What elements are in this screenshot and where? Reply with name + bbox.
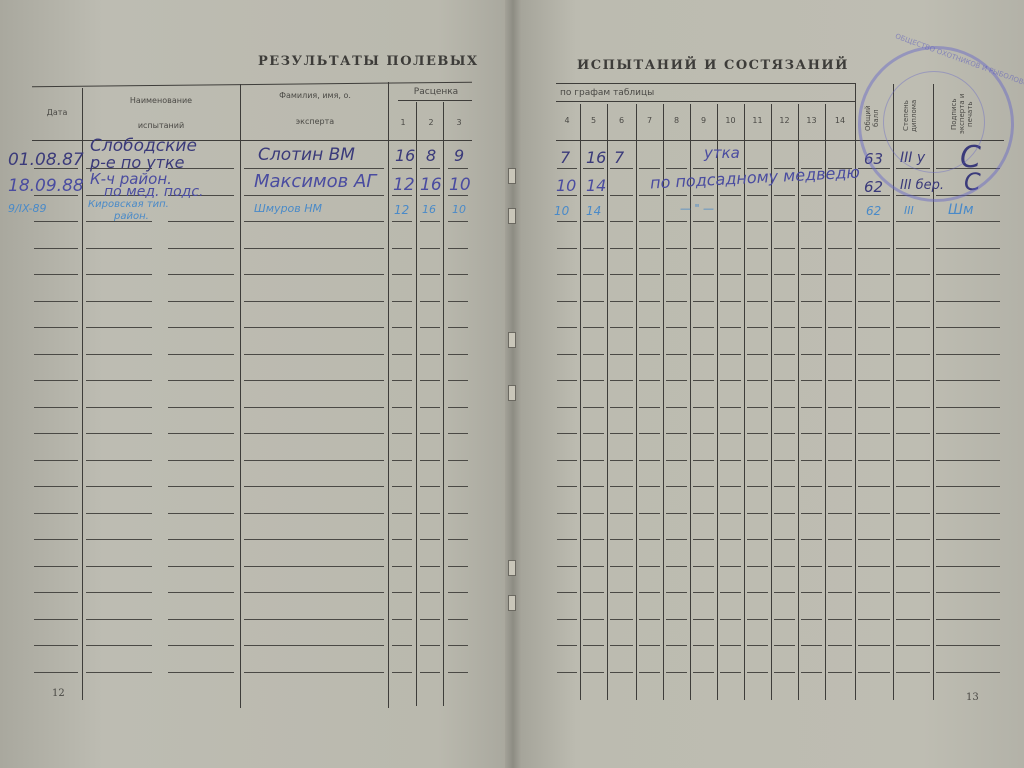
row-rule [747, 672, 768, 673]
row-rule [34, 672, 78, 673]
entry-2-c3: 10 [449, 175, 471, 195]
row-rule [448, 380, 468, 381]
row-rule [858, 513, 890, 514]
row-rule [639, 248, 660, 249]
row-rule [858, 619, 890, 620]
row-rule [720, 619, 741, 620]
row-rule [639, 327, 660, 328]
row-rule [828, 221, 852, 222]
row-rule [557, 433, 577, 434]
row-rule [720, 592, 741, 593]
row-rule [168, 619, 234, 620]
row-rule [936, 486, 1000, 487]
row-rule [392, 354, 412, 355]
row-rule [34, 407, 78, 408]
row-rule [828, 645, 852, 646]
row-rule [747, 486, 768, 487]
official-stamp: ОБЩЕСТВО ОХОТНИКОВ И РЫБОЛОВОВ [858, 46, 1014, 202]
row-rule [244, 301, 384, 302]
row-rule [693, 672, 714, 673]
row-rule [828, 566, 852, 567]
row-rule [34, 592, 78, 593]
entry-3-expert: Шмуров НМ [254, 202, 322, 215]
header-col-13: 13 [798, 116, 825, 125]
row-rule [168, 672, 234, 673]
row-rule [420, 433, 440, 434]
row-rule [936, 592, 1000, 593]
row-rule [34, 539, 78, 540]
row-rule [244, 539, 384, 540]
row-rule [693, 301, 714, 302]
row-rule [610, 566, 633, 567]
row-rule [34, 566, 78, 567]
entry-1-expert: Слотин ВМ [258, 145, 355, 165]
row-rule [747, 433, 768, 434]
header-col-9: 9 [690, 116, 717, 125]
row-rule [168, 301, 234, 302]
row-rule [392, 619, 412, 620]
row-rule [720, 513, 741, 514]
entry-1-c2: 8 [426, 146, 436, 165]
row-rule [828, 380, 852, 381]
header-col-1: 1 [390, 118, 416, 127]
row-rule [420, 301, 440, 302]
row-rule [774, 195, 795, 196]
row-rule [693, 592, 714, 593]
row-rule [747, 460, 768, 461]
row-rule [936, 672, 1000, 673]
row-rule [720, 274, 741, 275]
row-rule [639, 301, 660, 302]
row-rule [244, 380, 384, 381]
row-rule [448, 460, 468, 461]
row-rule [448, 327, 468, 328]
entry-3-c1: 12 [394, 203, 409, 217]
row-rule [747, 248, 768, 249]
row-rule [801, 433, 822, 434]
row-rule [936, 645, 1000, 646]
row-rule [801, 672, 822, 673]
row-rule [666, 433, 687, 434]
row-rule [168, 380, 234, 381]
header-test-name-2: испытаний [84, 121, 238, 130]
left-page-title: РЕЗУЛЬТАТЫ ПОЛЕВЫХ [258, 54, 479, 69]
row-rule [896, 274, 930, 275]
header-scoring: Расценка [396, 87, 476, 97]
row-rule [896, 645, 930, 646]
row-rule [639, 513, 660, 514]
row-rule [392, 433, 412, 434]
row-rule [610, 168, 633, 169]
row-rule [666, 248, 687, 249]
row-rule [693, 486, 714, 487]
row-rule [747, 195, 768, 196]
row-rule [86, 486, 152, 487]
entry-3-c2: 16 [422, 203, 436, 216]
row-rule [639, 274, 660, 275]
row-rule [583, 274, 604, 275]
row-rule [666, 380, 687, 381]
row-rule [34, 513, 78, 514]
row-rule [420, 195, 440, 196]
row-rule [936, 274, 1000, 275]
row-rule [168, 460, 234, 461]
row-rule [392, 301, 412, 302]
row-rule [828, 433, 852, 434]
row-rule [244, 407, 384, 408]
header-col-5: 5 [580, 116, 607, 125]
row-rule [774, 486, 795, 487]
row-rule [858, 645, 890, 646]
row-rule [86, 354, 152, 355]
row-rule [420, 221, 440, 222]
row-rule [801, 380, 822, 381]
row-rule [936, 539, 1000, 540]
column-divider [443, 102, 444, 706]
row-rule [420, 539, 440, 540]
row-rule [896, 327, 930, 328]
row-rule [34, 619, 78, 620]
column-divider [798, 104, 799, 700]
row-rule [168, 645, 234, 646]
row-rule [896, 248, 930, 249]
column-divider [240, 84, 241, 708]
entry-2-c1: 12 [393, 175, 415, 195]
row-rule [34, 301, 78, 302]
row-rule [801, 221, 822, 222]
row-rule [720, 221, 741, 222]
row-rule [774, 672, 795, 673]
row-rule [801, 195, 822, 196]
row-rule [168, 221, 234, 222]
row-rule [666, 566, 687, 567]
row-rule [557, 168, 577, 169]
row-rule [801, 301, 822, 302]
row-rule [244, 513, 384, 514]
row-rule [420, 354, 440, 355]
row-rule [448, 513, 468, 514]
row-rule [720, 327, 741, 328]
row-rule [666, 539, 687, 540]
row-rule [557, 195, 577, 196]
row-rule [639, 486, 660, 487]
row-rule [557, 407, 577, 408]
row-rule [666, 645, 687, 646]
row-rule [774, 354, 795, 355]
entry-3-note: — " — [680, 202, 714, 215]
row-rule [693, 433, 714, 434]
row-rule [392, 539, 412, 540]
row-rule [747, 274, 768, 275]
row-rule [693, 195, 714, 196]
row-rule [557, 539, 577, 540]
row-rule [420, 168, 440, 169]
row-rule [801, 354, 822, 355]
stamp-inner-ring [883, 71, 985, 173]
row-rule [557, 460, 577, 461]
row-rule [244, 327, 384, 328]
row-rule [858, 672, 890, 673]
row-rule [392, 672, 412, 673]
row-rule [720, 645, 741, 646]
row-rule [448, 354, 468, 355]
row-rule [610, 619, 633, 620]
row-rule [693, 221, 714, 222]
row-rule [244, 248, 384, 249]
row-rule [666, 619, 687, 620]
row-rule [168, 354, 234, 355]
row-rule [448, 168, 468, 169]
row-rule [244, 168, 384, 169]
column-divider [416, 102, 417, 706]
row-rule [720, 301, 741, 302]
row-rule [392, 195, 412, 196]
row-rule [801, 619, 822, 620]
row-rule [639, 407, 660, 408]
entry-1-c4: 7 [560, 148, 570, 167]
row-rule [86, 513, 152, 514]
right-page-number: 13 [966, 692, 979, 703]
by-columns-rule [556, 101, 856, 102]
row-rule [828, 592, 852, 593]
row-rule [244, 619, 384, 620]
row-rule [168, 433, 234, 434]
row-rule [774, 221, 795, 222]
column-divider [388, 82, 389, 708]
row-rule [666, 168, 687, 169]
row-rule [801, 486, 822, 487]
row-rule [610, 248, 633, 249]
row-rule [747, 539, 768, 540]
row-rule [693, 248, 714, 249]
row-rule [420, 380, 440, 381]
row-rule [666, 592, 687, 593]
row-rule [828, 274, 852, 275]
row-rule [168, 274, 234, 275]
row-rule [610, 327, 633, 328]
row-rule [896, 486, 930, 487]
row-rule [583, 645, 604, 646]
row-rule [858, 433, 890, 434]
staple [508, 208, 516, 224]
row-rule [639, 221, 660, 222]
row-rule [666, 221, 687, 222]
row-rule [448, 195, 468, 196]
row-rule [936, 460, 1000, 461]
row-rule [392, 380, 412, 381]
row-rule [557, 672, 577, 673]
row-rule [896, 539, 930, 540]
row-rule [610, 460, 633, 461]
row-rule [34, 460, 78, 461]
row-rule [774, 460, 795, 461]
entry-3-c5: 14 [586, 204, 601, 218]
row-rule [896, 460, 930, 461]
row-rule [639, 592, 660, 593]
row-rule [420, 407, 440, 408]
row-rule [583, 380, 604, 381]
row-rule [583, 327, 604, 328]
row-rule [392, 327, 412, 328]
row-rule [34, 248, 78, 249]
row-rule [392, 592, 412, 593]
row-rule [583, 195, 604, 196]
row-rule [693, 539, 714, 540]
row-rule [666, 327, 687, 328]
row-rule [801, 566, 822, 567]
entry-3-c3: 10 [452, 203, 466, 216]
row-rule [583, 407, 604, 408]
row-rule [666, 354, 687, 355]
row-rule [168, 248, 234, 249]
row-rule [244, 486, 384, 487]
row-rule [168, 486, 234, 487]
row-rule [858, 221, 890, 222]
row-rule [666, 195, 687, 196]
row-rule [720, 566, 741, 567]
row-rule [420, 566, 440, 567]
row-rule [774, 248, 795, 249]
row-rule [747, 301, 768, 302]
row-rule [86, 301, 152, 302]
row-rule [583, 539, 604, 540]
row-rule [936, 407, 1000, 408]
row-rule [936, 248, 1000, 249]
header-col-3: 3 [446, 118, 472, 127]
row-rule [86, 539, 152, 540]
row-rule [693, 645, 714, 646]
row-rule [86, 460, 152, 461]
row-rule [610, 539, 633, 540]
row-rule [420, 513, 440, 514]
row-rule [639, 539, 660, 540]
row-rule [610, 486, 633, 487]
row-rule [34, 327, 78, 328]
entry-1-note: утка [704, 144, 740, 162]
row-rule [693, 460, 714, 461]
entry-3-total: 62 [866, 204, 881, 218]
row-rule [720, 672, 741, 673]
column-divider [636, 104, 637, 700]
row-rule [747, 354, 768, 355]
row-rule [557, 354, 577, 355]
row-rule [448, 433, 468, 434]
row-rule [858, 486, 890, 487]
row-rule [828, 327, 852, 328]
staple [508, 595, 516, 611]
row-rule [557, 221, 577, 222]
row-rule [936, 301, 1000, 302]
book-gutter [505, 0, 521, 768]
row-rule [828, 407, 852, 408]
row-rule [392, 248, 412, 249]
row-rule [557, 274, 577, 275]
row-rule [666, 513, 687, 514]
row-rule [936, 566, 1000, 567]
row-rule [610, 354, 633, 355]
header-col-11: 11 [744, 116, 771, 125]
row-rule [720, 380, 741, 381]
row-rule [420, 619, 440, 620]
entry-3-signature: Шм [948, 202, 974, 218]
row-rule [557, 619, 577, 620]
row-rule [420, 645, 440, 646]
row-rule [420, 672, 440, 673]
entry-3-diploma: III [904, 204, 914, 217]
row-rule [86, 380, 152, 381]
entry-2-c4: 10 [556, 176, 576, 195]
row-rule [896, 380, 930, 381]
row-rule [639, 672, 660, 673]
row-rule [583, 221, 604, 222]
row-rule [392, 513, 412, 514]
row-rule [639, 195, 660, 196]
row-rule [86, 619, 152, 620]
row-rule [896, 221, 930, 222]
entry-2-expert: Максимов АГ [254, 171, 376, 192]
row-rule [34, 221, 78, 222]
row-rule [244, 221, 384, 222]
row-rule [610, 672, 633, 673]
header-col-4: 4 [554, 116, 580, 125]
row-rule [448, 486, 468, 487]
row-rule [774, 619, 795, 620]
row-rule [828, 354, 852, 355]
row-rule [774, 301, 795, 302]
column-divider [825, 104, 826, 700]
row-rule [392, 486, 412, 487]
row-rule [666, 486, 687, 487]
row-rule [420, 274, 440, 275]
row-rule [557, 566, 577, 567]
header-expert-1: Фамилия, имя, о. [242, 91, 388, 100]
header-col-12: 12 [771, 116, 798, 125]
row-rule [666, 301, 687, 302]
row-rule [448, 645, 468, 646]
entry-2-date: 18.09.88 [8, 176, 84, 196]
row-rule [448, 619, 468, 620]
row-rule [747, 566, 768, 567]
row-rule [801, 513, 822, 514]
entry-3-test-line1: Кировская тип. [88, 199, 169, 210]
row-rule [639, 645, 660, 646]
row-rule [448, 407, 468, 408]
row-rule [858, 354, 890, 355]
row-rule [420, 486, 440, 487]
row-rule [896, 566, 930, 567]
row-rule [858, 301, 890, 302]
row-rule [448, 672, 468, 673]
row-rule [583, 433, 604, 434]
row-rule [557, 513, 577, 514]
row-rule [583, 460, 604, 461]
row-rule [828, 195, 852, 196]
row-rule [34, 645, 78, 646]
row-rule [244, 566, 384, 567]
entry-1-date: 01.08.87 [8, 150, 84, 170]
right-page-title: ИСПЫТАНИЙ И СОСТЯЗАНИЙ [577, 58, 849, 73]
row-rule [86, 327, 152, 328]
row-rule [34, 274, 78, 275]
header-col-14: 14 [825, 116, 855, 125]
row-rule [583, 619, 604, 620]
row-rule [774, 380, 795, 381]
row-rule [392, 407, 412, 408]
row-rule [448, 221, 468, 222]
row-rule [392, 460, 412, 461]
row-rule [801, 645, 822, 646]
row-rule [610, 380, 633, 381]
